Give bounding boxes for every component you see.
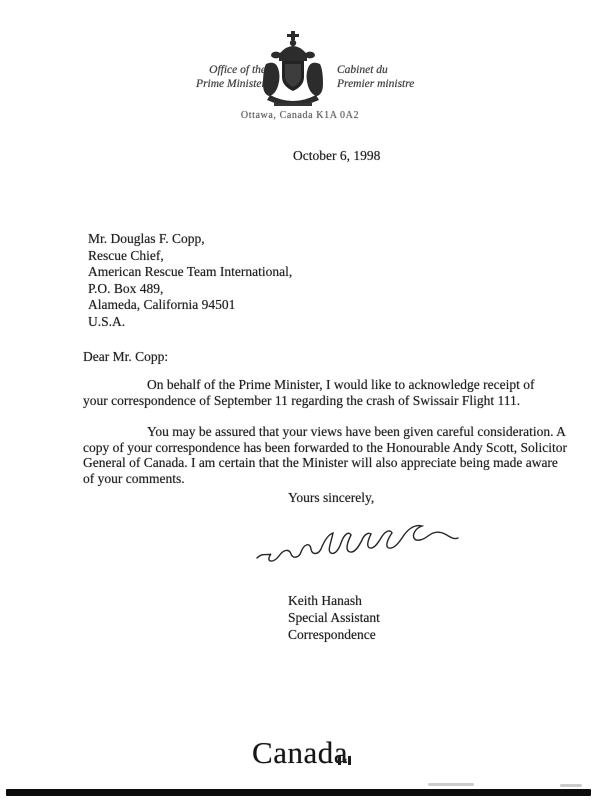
canada-coat-of-arms-icon (256, 31, 330, 111)
letter-date: October 6, 1998 (293, 148, 380, 164)
letterhead-office-french: Cabinet du Premier ministre (337, 64, 537, 91)
scan-smudge (560, 784, 582, 787)
scan-smudge (428, 783, 474, 786)
body-paragraph-2: You may be assured that your views have … (83, 424, 569, 486)
scan-artifact-bar (6, 789, 591, 796)
signer-unit: Correspondence (288, 626, 380, 643)
recipient-po-box: P.O. Box 489, (88, 281, 292, 298)
canada-wordmark-text: Canada (252, 735, 348, 770)
recipient-name: Mr. Douglas F. Copp, (88, 231, 292, 248)
letterhead-office-fr-line1: Cabinet du (337, 64, 537, 78)
letterhead-office-en-line1: Office of the (60, 64, 266, 78)
canada-wordmark: Canada (0, 735, 600, 771)
valediction: Yours sincerely, (288, 490, 374, 506)
canadian-flag-icon (338, 737, 351, 746)
scanned-letter-page: Office of the Prime Minister (0, 0, 600, 800)
handwritten-signature-icon (253, 517, 465, 575)
letterhead-office-english: Office of the Prime Minister (60, 64, 266, 91)
letterhead-postal-address: Ottawa, Canada K1A 0A2 (0, 110, 600, 121)
salutation: Dear Mr. Copp: (83, 349, 168, 365)
letterhead-office-fr-line2: Premier ministre (337, 78, 537, 92)
recipient-title: Rescue Chief, (88, 248, 292, 265)
recipient-address-block: Mr. Douglas F. Copp, Rescue Chief, Ameri… (88, 231, 292, 330)
signature-block: Keith Hanash Special Assistant Correspon… (288, 592, 380, 643)
recipient-organization: American Rescue Team International, (88, 264, 292, 281)
recipient-country: U.S.A. (88, 314, 292, 331)
signer-title: Special Assistant (288, 609, 380, 626)
letterhead-office-en-line2: Prime Minister (60, 78, 266, 92)
signer-name: Keith Hanash (288, 592, 380, 609)
body-paragraph-1: On behalf of the Prime Minister, I would… (83, 377, 559, 408)
recipient-city-state-zip: Alameda, California 94501 (88, 297, 292, 314)
